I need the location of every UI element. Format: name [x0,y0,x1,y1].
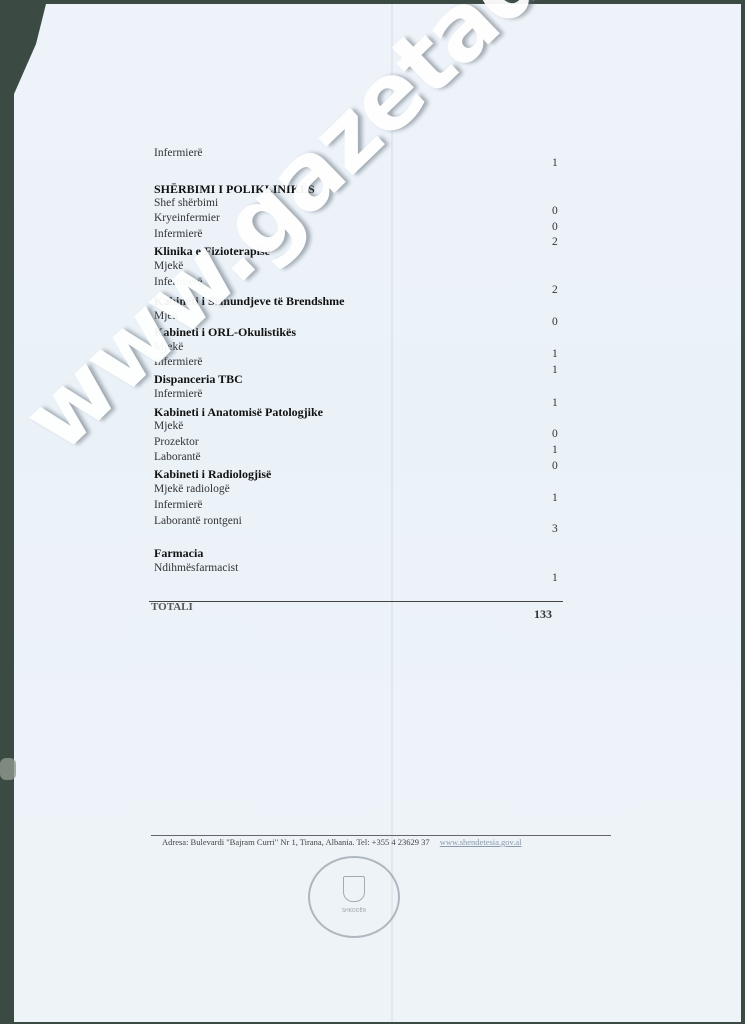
staff-role: Mjekë radiologë [154,483,230,495]
staff-count: 0 [552,221,558,233]
footer-divider [151,835,611,836]
staff-count: 1 [552,364,558,376]
section-heading: Farmacia [154,546,203,561]
staff-role: Mjekë [154,420,183,432]
footer-address: Adresa: Bulevardi "Bajram Curri" Nr 1, T… [162,837,522,847]
total-divider [149,601,563,602]
staff-count: 2 [552,236,558,248]
staff-count: 1 [552,444,558,456]
total-value: 133 [534,607,552,622]
staff-role: Laborantë rontgeni [154,515,242,527]
staff-role: Laborantë [154,451,201,463]
staff-role: Infermierë [154,499,203,511]
staff-count: 0 [552,428,558,440]
staff-role: Prozektor [154,436,199,448]
staff-count: 1 [552,348,558,360]
official-stamp: SHKODËR [308,856,400,938]
staff-count: 1 [552,157,558,169]
staff-count: 0 [552,316,558,328]
staff-count: 2 [552,284,558,296]
staff-count: 0 [552,460,558,472]
staff-count: 1 [552,492,558,504]
section-heading: Kabineti i Anatomisë Patologjike [154,405,323,420]
coat-of-arms-icon [343,876,365,902]
staff-role: Infermierë [154,147,203,159]
staff-role: Ndihmësfarmacist [154,562,238,574]
staff-count: 0 [552,205,558,217]
stamp-text: SHKODËR [310,908,398,914]
total-label: TOTALI [151,601,193,613]
staff-count: 3 [552,523,558,535]
website-link[interactable]: www.shendetesia.gov.al [440,837,522,847]
scan-artifact [0,758,16,780]
section-heading: Kabineti i Radiologjisë [154,467,271,482]
address-text: Adresa: Bulevardi "Bajram Curri" Nr 1, T… [162,837,430,847]
staff-count: 1 [552,572,558,584]
staff-count: 1 [552,397,558,409]
